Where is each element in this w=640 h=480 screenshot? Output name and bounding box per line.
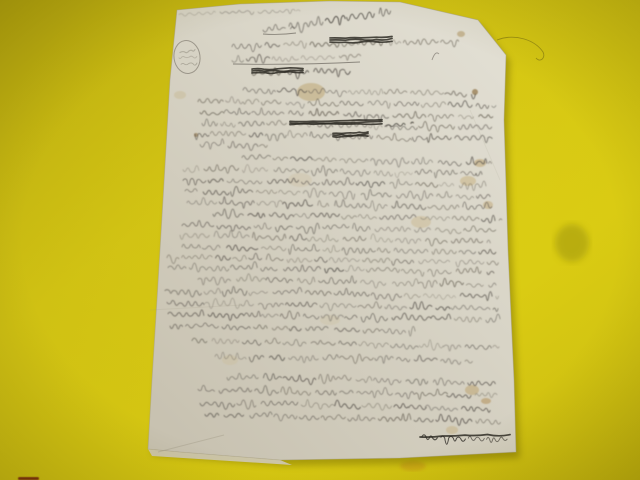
letter-photo-canvas (0, 0, 640, 480)
photo-of-handwritten-letter (0, 0, 640, 480)
photo-vignette (0, 0, 640, 480)
